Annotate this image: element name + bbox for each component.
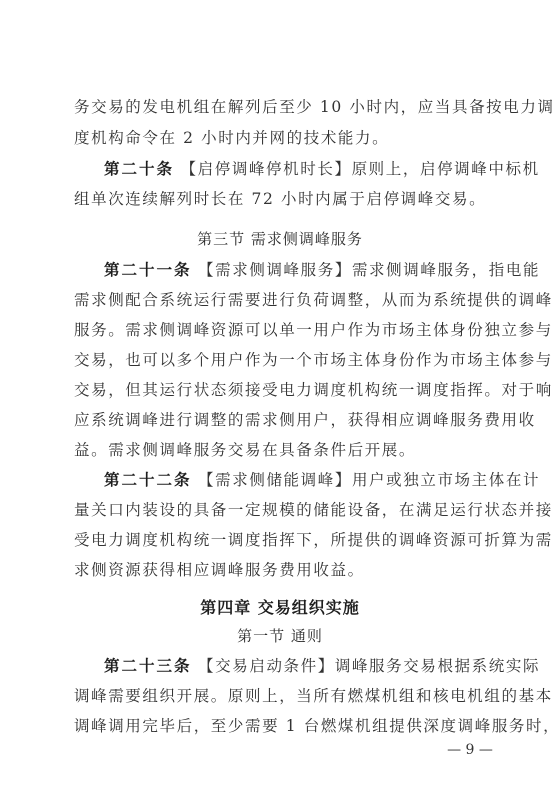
text-line: 量关口内装设的具备一定规模的储能设备，在满足运行状态并接 <box>74 500 488 520</box>
text-line: 需求侧配合系统运行需要进行负荷调整，从而为系统提供的调峰 <box>74 290 488 310</box>
text-line: 交易，但其运行状态须接受电力调度机构统一调度指挥。对于响 <box>74 380 488 400</box>
article-text: 调峰服务交易根据系统实际 <box>335 657 540 675</box>
text-line: 益。需求侧调峰服务交易在具备条件后开展。 <box>74 440 488 460</box>
article-number: 第二十条 <box>104 159 174 178</box>
text-line: 受电力调度机构统一调度指挥下，所提供的调峰资源可折算为需 <box>74 530 488 550</box>
article-21: 第二十一条 【需求侧调峰服务】需求侧调峰服务，指电能 <box>104 260 488 280</box>
section-heading: 第一节 通则 <box>0 626 560 646</box>
document-page: 务交易的发电机组在解列后至少 10 小时内，应当具备按电力调 度机构命令在 2 … <box>0 0 560 800</box>
article-title: 【启停调峰停机时长】 <box>181 160 352 178</box>
text-line: 求侧资源获得相应调峰服务费用收益。 <box>74 560 488 580</box>
article-title: 【需求侧储能调峰】 <box>198 471 352 489</box>
article-20: 第二十条 【启停调峰停机时长】原则上，启停调峰中标机 <box>104 159 488 179</box>
chapter-heading: 第四章 交易组织实施 <box>0 598 560 618</box>
article-number: 第二十一条 <box>104 260 192 279</box>
article-text: 需求侧调峰服务，指电能 <box>352 261 540 279</box>
article-title: 【需求侧调峰服务】 <box>198 261 352 279</box>
text-line: 调峰调用完毕后，至少需要 1 台燃煤机组提供深度调峰服务时， <box>74 716 488 736</box>
article-text: 原则上，启停调峰中标机 <box>352 160 540 178</box>
article-number: 第二十二条 <box>104 470 192 489</box>
text-line: 应系统调峰进行调整的需求侧用户，获得相应调峰服务费用收 <box>74 410 488 430</box>
text-line: 调峰需要组织开展。原则上，当所有燃煤机组和核电机组的基本 <box>74 686 488 706</box>
article-number: 第二十三条 <box>104 656 192 675</box>
page-number: — 9 — <box>440 742 500 758</box>
article-text: 用户或独立市场主体在计 <box>352 471 540 489</box>
text-line: 服务。需求侧调峰资源可以单一用户作为市场主体身份独立参与 <box>74 320 488 340</box>
text-line: 度机构命令在 2 小时内并网的技术能力。 <box>74 128 488 148</box>
text-line: 务交易的发电机组在解列后至少 10 小时内，应当具备按电力调 <box>74 97 488 117</box>
text-line: 交易，也可以多个用户作为一个市场主体身份作为市场主体参与 <box>74 350 488 370</box>
text-line: 组单次连续解列时长在 72 小时内属于启停调峰交易。 <box>74 189 488 209</box>
article-title: 【交易启动条件】 <box>198 657 335 675</box>
article-23: 第二十三条 【交易启动条件】调峰服务交易根据系统实际 <box>104 656 488 676</box>
article-22: 第二十二条 【需求侧储能调峰】用户或独立市场主体在计 <box>104 470 488 490</box>
section-heading: 第三节 需求侧调峰服务 <box>0 229 560 249</box>
